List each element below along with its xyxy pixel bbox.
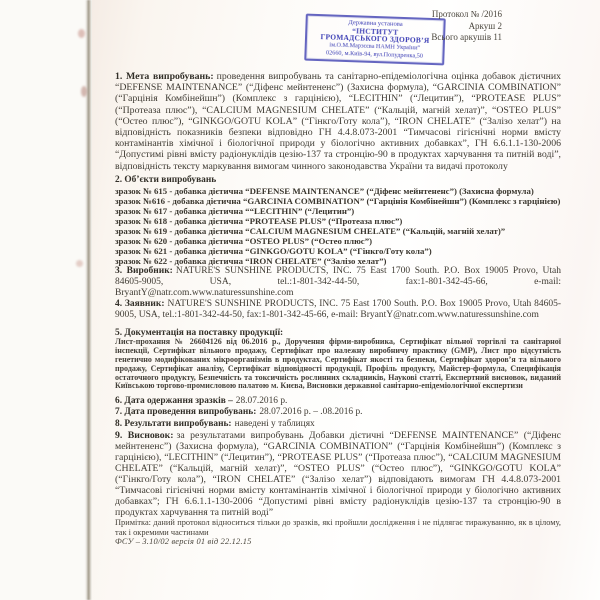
receive-date-label: 6. Дата одержання зразків – xyxy=(115,396,233,406)
note-text: даний протокол відноситься тільки до зра… xyxy=(115,518,561,537)
test-date-value: 28.07.2016 р. – .08.2016 р. xyxy=(259,407,362,417)
protocol-header: Протокол № /2016 Аркуш 2 Всього аркушів … xyxy=(372,9,502,44)
section-purpose-label: 1. Мета випробувань: xyxy=(115,71,214,82)
receive-date-value: 28.07.2016 р. xyxy=(236,396,288,406)
section-receive-date: 6. Дата одержання зразків –28.07.2016 р. xyxy=(115,396,561,407)
sample-item: зразок № 621 - добавка дієтична “GINKGO/… xyxy=(115,246,561,256)
protocol-number: Протокол № /2016 xyxy=(372,9,502,21)
section-manufacturer: 3. Виробник:NATURE'S SUNSHINE PRODUCTS, … xyxy=(115,266,561,299)
scan-artifact xyxy=(81,86,87,97)
note-label: Примітка: xyxy=(115,518,151,527)
results-value: наведені у таблицях xyxy=(235,419,315,429)
sample-item: зразок № 620 - добавка дієтична “OSTEO P… xyxy=(115,236,561,246)
section-purpose-text: проведення випробувань та санітарно-епід… xyxy=(115,71,561,172)
document-page: Державна установа “ІНСТИТУТ ГРОМАДСЬКОГО… xyxy=(92,0,600,600)
section-applicant-text: NATURE'S SUNSHINE PRODUCTS, INC. 75 East… xyxy=(115,299,561,320)
section-applicant-label: 4. Заявник: xyxy=(115,299,165,309)
section-applicant: 4. Заявник:NATURE'S SUNSHINE PRODUCTS, I… xyxy=(115,299,561,321)
note: Примітка: даний протокол відноситься тіл… xyxy=(115,518,561,538)
sample-item: зразок № 622 - добавка дієтична “IRON CH… xyxy=(115,256,561,266)
scan-artifact xyxy=(78,29,85,38)
form-code: ФСУ – 3.10/02 версія 01 від 22.12.15 xyxy=(115,537,561,546)
test-date-label: 7. Дата проведення випробувань: xyxy=(115,407,256,417)
conclusion-label: 9. Висновок: xyxy=(115,430,174,441)
section-conclusion: 9. Висновок:за результатами випробувань … xyxy=(115,430,561,518)
section-purpose: 1. Мета випробувань:проведення випробува… xyxy=(115,71,561,172)
document-body: 1. Мета випробувань:проведення випробува… xyxy=(115,71,561,597)
sample-item: зразок №616 - добавка дієтична “GARCINIA… xyxy=(115,196,561,206)
section-test-date: 7. Дата проведення випробувань:28.07.201… xyxy=(115,407,561,418)
scan-artifact xyxy=(76,260,83,267)
total-sheets: Всього аркушів 11 xyxy=(372,32,502,44)
section-manufacturer-text: NATURE'S SUNSHINE PRODUCTS, INC. 75 East… xyxy=(115,266,561,298)
section-results: 8. Результати випробувань:наведені у таб… xyxy=(115,419,561,430)
sample-item: зразок № 619 - добавка дієтична “CALCIUM… xyxy=(115,226,561,236)
dates-block: 6. Дата одержання зразків –28.07.2016 р.… xyxy=(115,396,561,430)
section-manufacturer-label: 3. Виробник: xyxy=(115,266,173,276)
sheet-number: Аркуш 2 xyxy=(372,21,502,33)
sample-item: зразок № 617 - добавка дієтична ““LECITH… xyxy=(115,206,561,216)
conclusion-text: за результатами випробувань Добавки дієт… xyxy=(115,430,561,518)
section-docs-text: Лист-прохання № 26604126 від 06.2016 р.,… xyxy=(115,338,561,391)
sample-item: зразок № 615 - добавка дієтична “DEFENSE… xyxy=(115,186,561,196)
results-label: 8. Результати випробувань: xyxy=(115,419,232,429)
section-objects-label: 2. Об’єкти випробувань xyxy=(115,175,561,186)
samples-list: зразок № 615 - добавка дієтична “DEFENSE… xyxy=(115,186,561,266)
sample-item: зразок № 618 - добавка дієтична “PROTEAS… xyxy=(115,216,561,226)
